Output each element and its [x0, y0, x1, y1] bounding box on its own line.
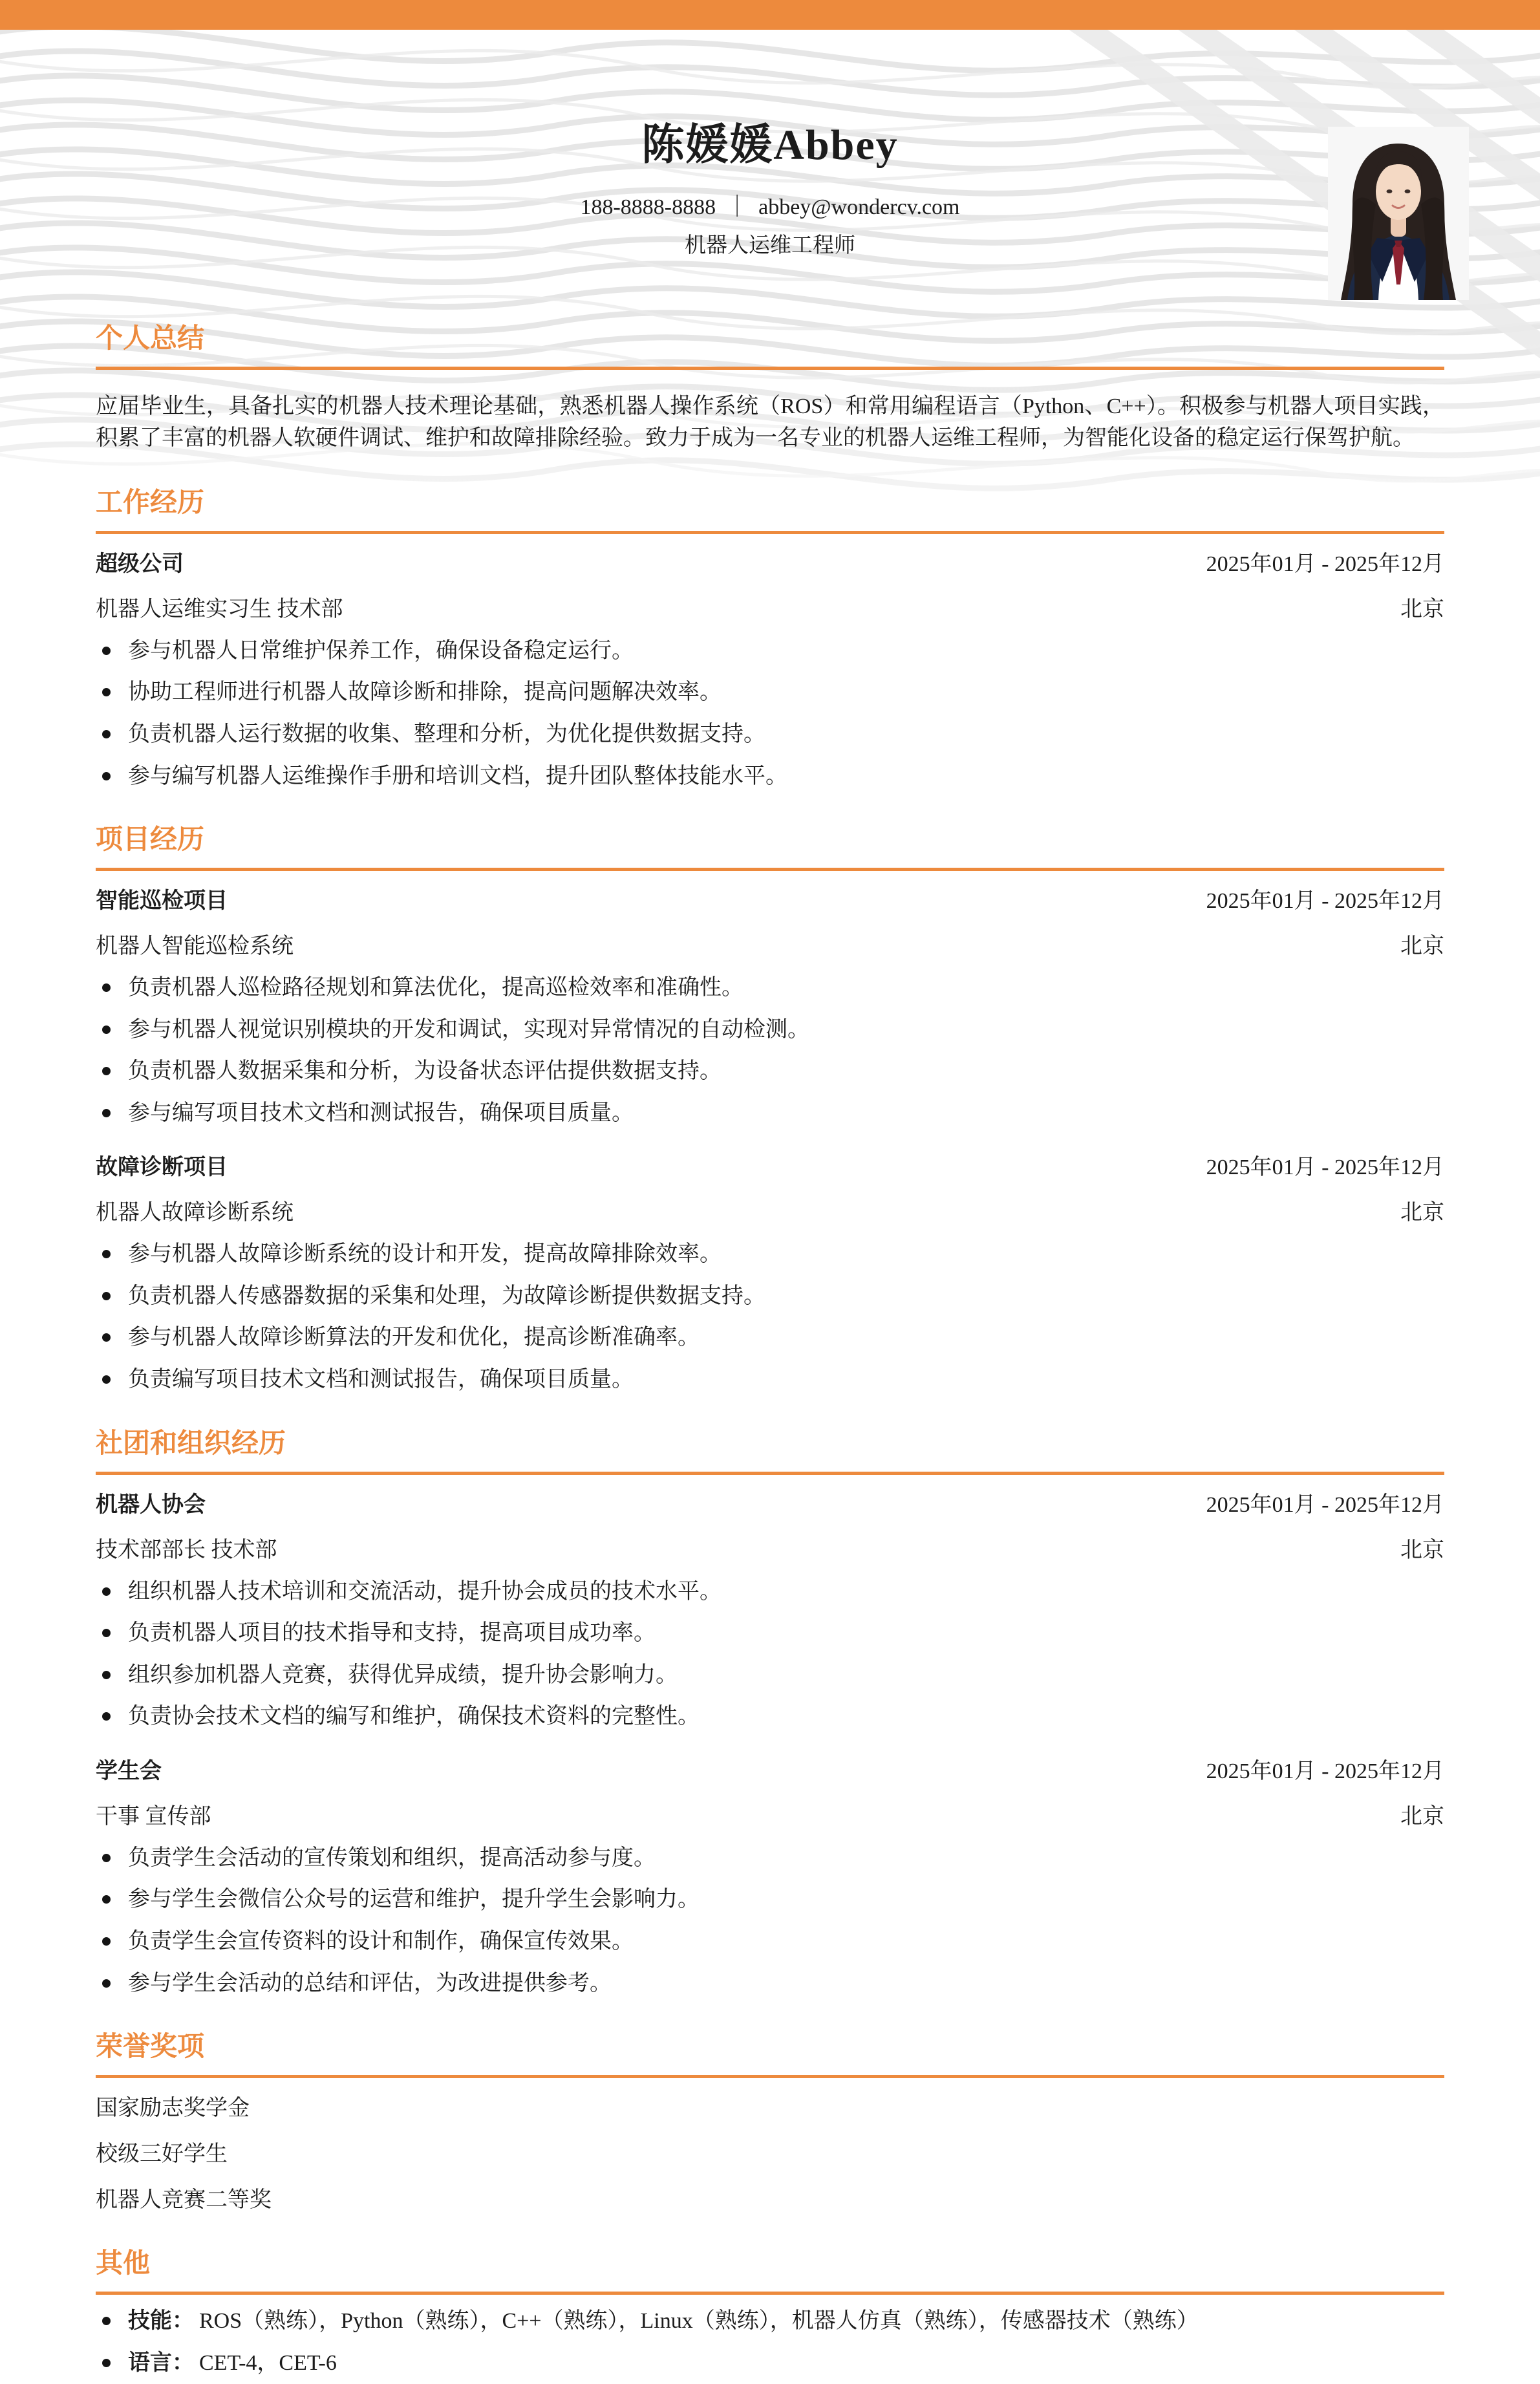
bullet-item: 参与机器人视觉识别模块的开发和调试，实现对异常情况的自动检测。 [96, 1015, 1444, 1046]
bullet-dot-icon [102, 1629, 111, 1637]
entry-subheader-row: 技术部部长 技术部 北京 [96, 1536, 1444, 1565]
entry-date: 2025年01月 - 2025年12月 [1206, 1153, 1444, 1183]
section-divider [96, 2075, 1444, 2078]
bullet-dot-icon [102, 1712, 111, 1721]
other-value: CET-4，CET-6 [199, 2351, 337, 2375]
entry-location: 北京 [1400, 1536, 1444, 1565]
work-entry: 超级公司 2025年01月 - 2025年12月 机器人运维实习生 技术部 北京… [96, 550, 1444, 791]
bullet-text: 参与编写机器人运维操作手册和培训文档，提升团队整体技能水平。 [128, 761, 787, 792]
bullet-text: 负责机器人传感器数据的采集和处理，为故障诊断提供数据支持。 [128, 1281, 765, 1312]
bullet-dot-icon [102, 688, 111, 696]
bullet-item: 组织机器人技术培训和交流活动，提升协会成员的技术水平。 [96, 1576, 1444, 1607]
bullet-dot-icon [102, 983, 111, 992]
section-projects: 项目经历 智能巡检项目 2025年01月 - 2025年12月 机器人智能巡检系… [96, 825, 1444, 1395]
phone-number: 188-8888-8888 [580, 195, 716, 219]
bullet-text: 协助工程师进行机器人故障诊断和排除，提高问题解决效率。 [128, 677, 722, 708]
entry-subheader-row: 机器人故障诊断系统 北京 [96, 1198, 1444, 1228]
bullet-text: 负责编写项目技术文档和测试报告，确保项目质量。 [128, 1364, 634, 1395]
honor-item: 机器人竞赛二等奖 [96, 2185, 1444, 2216]
bullet-text: 参与机器人日常维护保养工作，确保设备稳定运行。 [128, 636, 634, 667]
bullet-item: 负责机器人传感器数据的采集和处理，为故障诊断提供数据支持。 [96, 1281, 1444, 1312]
entry-subheader-row: 干事 宣传部 北京 [96, 1802, 1444, 1832]
bullet-dot-icon [102, 1333, 111, 1342]
entry-role: 技术部部长 技术部 [96, 1536, 277, 1565]
bullet-item: 技能：ROS（熟练），Python（熟练），C++（熟练），Linux（熟练），… [96, 2306, 1444, 2337]
entry-role: 机器人智能巡检系统 [96, 932, 294, 961]
entry-role: 机器人运维实习生 技术部 [96, 595, 343, 625]
bullet-item: 参与学生会活动的总结和评估，为改进提供参考。 [96, 1968, 1444, 1999]
profile-photo-illustration [1328, 127, 1469, 300]
other-text: 技能：ROS（熟练），Python（熟练），C++（熟练），Linux（熟练），… [128, 2306, 1199, 2337]
bullet-item: 负责学生会活动的宣传策划和组织，提高活动参与度。 [96, 1843, 1444, 1874]
resume-body: 个人总结 应届毕业生，具备扎实的机器人技术理论基础，熟悉机器人操作系统（ROS）… [0, 324, 1540, 2378]
job-title: 机器人运维工程师 [0, 235, 1540, 257]
email-address: abbey@wondercv.com [758, 195, 959, 219]
bullet-dot-icon [102, 1937, 111, 1946]
bullet-dot-icon [102, 647, 111, 655]
bullet-text: 负责机器人运行数据的收集、整理和分析，为优化提供数据支持。 [128, 719, 765, 750]
contact-line: 188-8888-8888｜abbey@wondercv.com [0, 197, 1540, 219]
bullet-dot-icon [102, 1109, 111, 1117]
entry-header-row: 故障诊断项目 2025年01月 - 2025年12月 [96, 1153, 1444, 1183]
club-entries: 机器人协会 2025年01月 - 2025年12月 技术部部长 技术部 北京 组… [96, 1490, 1444, 1999]
bullet-dot-icon [102, 1854, 111, 1862]
top-accent-bar [0, 0, 1540, 30]
bullet-item: 负责机器人巡检路径规划和算法优化，提高巡检效率和准确性。 [96, 972, 1444, 1004]
summary-text: 应届毕业生，具备扎实的机器人技术理论基础，熟悉机器人操作系统（ROS）和常用编程… [96, 391, 1444, 455]
bullet-item: 负责协会技术文档的编写和维护，确保技术资料的完整性。 [96, 1701, 1444, 1732]
entry-header-row: 智能巡检项目 2025年01月 - 2025年12月 [96, 886, 1444, 916]
honor-list: 国家励志奖学金 校级三好学生 机器人竞赛二等奖 [96, 2093, 1444, 2215]
bullet-dot-icon [102, 1250, 111, 1258]
section-clubs: 社团和组织经历 机器人协会 2025年01月 - 2025年12月 技术部部长 … [96, 1429, 1444, 1999]
bullet-dot-icon [102, 1026, 111, 1034]
entry-location: 北京 [1400, 1198, 1444, 1228]
section-title-projects: 项目经历 [96, 825, 1444, 855]
bullet-item: 负责机器人项目的技术指导和支持，提高项目成功率。 [96, 1618, 1444, 1649]
bullet-item: 参与机器人故障诊断算法的开发和优化，提高诊断准确率。 [96, 1322, 1444, 1353]
other-list: 技能：ROS（熟练），Python（熟练），C++（熟练），Linux（熟练），… [96, 2306, 1444, 2378]
entry-header-row: 机器人协会 2025年01月 - 2025年12月 [96, 1490, 1444, 1520]
bullet-item: 负责学生会宣传资料的设计和制作，确保宣传效果。 [96, 1926, 1444, 1957]
entry-location: 北京 [1400, 1802, 1444, 1832]
project-entry: 智能巡检项目 2025年01月 - 2025年12月 机器人智能巡检系统 北京 … [96, 886, 1444, 1128]
entry-location: 北京 [1400, 595, 1444, 625]
entry-date: 2025年01月 - 2025年12月 [1206, 886, 1444, 916]
section-other: 其他 技能：ROS（熟练），Python（熟练），C++（熟练），Linux（熟… [96, 2249, 1444, 2378]
bullet-dot-icon [102, 1375, 111, 1384]
section-summary: 个人总结 应届毕业生，具备扎实的机器人技术理论基础，熟悉机器人操作系统（ROS）… [96, 324, 1444, 455]
entry-date: 2025年01月 - 2025年12月 [1206, 1490, 1444, 1520]
section-divider [96, 531, 1444, 534]
bullet-dot-icon [102, 1895, 111, 1904]
bullet-item: 参与编写机器人运维操作手册和培训文档，提升团队整体技能水平。 [96, 761, 1444, 792]
bullet-text: 参与学生会微信公众号的运营和维护，提升学生会影响力。 [128, 1884, 700, 1915]
candidate-name: 陈媛媛Abbey [0, 124, 1540, 167]
work-entries: 超级公司 2025年01月 - 2025年12月 机器人运维实习生 技术部 北京… [96, 550, 1444, 791]
contact-separator: ｜ [726, 195, 748, 219]
bullet-item: 协助工程师进行机器人故障诊断和排除，提高问题解决效率。 [96, 677, 1444, 708]
section-divider [96, 1472, 1444, 1475]
section-title-work: 工作经历 [96, 488, 1444, 518]
honor-item: 国家励志奖学金 [96, 2093, 1444, 2124]
bullet-item: 组织参加机器人竞赛，获得优异成绩，提升协会影响力。 [96, 1660, 1444, 1691]
bullet-item: 参与学生会微信公众号的运营和维护，提升学生会影响力。 [96, 1884, 1444, 1915]
bullet-item: 负责机器人运行数据的收集、整理和分析，为优化提供数据支持。 [96, 719, 1444, 750]
bullet-text: 负责机器人巡检路径规划和算法优化，提高巡检效率和准确性。 [128, 972, 743, 1004]
other-label: 技能： [128, 2309, 194, 2333]
bullet-dot-icon [102, 1292, 111, 1300]
bullet-text: 组织参加机器人竞赛，获得优异成绩，提升协会影响力。 [128, 1660, 678, 1691]
bullet-item: 负责机器人数据采集和分析，为设备状态评估提供数据支持。 [96, 1056, 1444, 1087]
resume-header: 陈媛媛Abbey 188-8888-8888｜abbey@wondercv.co… [0, 30, 1540, 257]
bullet-text: 参与机器人故障诊断算法的开发和优化，提高诊断准确率。 [128, 1322, 700, 1353]
entry-org: 故障诊断项目 [96, 1153, 228, 1183]
other-label: 语言： [128, 2351, 194, 2375]
bullet-item: 负责编写项目技术文档和测试报告，确保项目质量。 [96, 1364, 1444, 1395]
bullet-dot-icon [102, 2317, 111, 2325]
bullet-dot-icon [102, 2359, 111, 2367]
entry-header-row: 学生会 2025年01月 - 2025年12月 [96, 1757, 1444, 1787]
section-title-honors: 荣誉奖项 [96, 2032, 1444, 2062]
bullet-text: 负责机器人数据采集和分析，为设备状态评估提供数据支持。 [128, 1056, 722, 1087]
entry-subheader-row: 机器人运维实习生 技术部 北京 [96, 595, 1444, 625]
section-divider [96, 868, 1444, 871]
entry-date: 2025年01月 - 2025年12月 [1206, 550, 1444, 579]
bullet-text: 负责机器人项目的技术指导和支持，提高项目成功率。 [128, 1618, 656, 1649]
bullet-text: 参与编写项目技术文档和测试报告，确保项目质量。 [128, 1098, 634, 1129]
bullet-text: 参与学生会活动的总结和评估，为改进提供参考。 [128, 1968, 612, 1999]
bullet-dot-icon [102, 1979, 111, 1988]
entry-role: 干事 宣传部 [96, 1802, 211, 1832]
bullet-item: 语言：CET-4，CET-6 [96, 2348, 1444, 2379]
bullet-dot-icon [102, 1067, 111, 1075]
section-work: 工作经历 超级公司 2025年01月 - 2025年12月 机器人运维实习生 技… [96, 488, 1444, 791]
bullet-dot-icon [102, 730, 111, 738]
bullet-dot-icon [102, 1671, 111, 1679]
honor-item: 校级三好学生 [96, 2139, 1444, 2170]
entry-org: 机器人协会 [96, 1490, 206, 1520]
section-honors: 荣誉奖项 国家励志奖学金 校级三好学生 机器人竞赛二等奖 [96, 2032, 1444, 2215]
entry-header-row: 超级公司 2025年01月 - 2025年12月 [96, 550, 1444, 579]
bullet-text: 负责协会技术文档的编写和维护，确保技术资料的完整性。 [128, 1701, 700, 1732]
section-divider [96, 2292, 1444, 2295]
section-title-other: 其他 [96, 2249, 1444, 2279]
bullet-text: 负责学生会宣传资料的设计和制作，确保宣传效果。 [128, 1926, 634, 1957]
bullet-item: 参与机器人故障诊断系统的设计和开发，提高故障排除效率。 [96, 1239, 1444, 1270]
bullet-item: 参与编写项目技术文档和测试报告，确保项目质量。 [96, 1098, 1444, 1129]
section-divider [96, 367, 1444, 370]
bullet-text: 参与机器人故障诊断系统的设计和开发，提高故障排除效率。 [128, 1239, 722, 1270]
bullet-text: 负责学生会活动的宣传策划和组织，提高活动参与度。 [128, 1843, 656, 1874]
bullet-dot-icon [102, 772, 111, 780]
other-value: ROS（熟练），Python（熟练），C++（熟练），Linux（熟练），机器人… [199, 2309, 1199, 2333]
club-entry: 学生会 2025年01月 - 2025年12月 干事 宣传部 北京 负责学生会活… [96, 1757, 1444, 1999]
entry-org: 超级公司 [96, 550, 184, 579]
entry-location: 北京 [1400, 932, 1444, 961]
entry-org: 智能巡检项目 [96, 886, 228, 916]
bullet-text: 参与机器人视觉识别模块的开发和调试，实现对异常情况的自动检测。 [128, 1015, 809, 1046]
club-entry: 机器人协会 2025年01月 - 2025年12月 技术部部长 技术部 北京 组… [96, 1490, 1444, 1732]
bullet-text: 组织机器人技术培训和交流活动，提升协会成员的技术水平。 [128, 1576, 722, 1607]
entry-org: 学生会 [96, 1757, 162, 1787]
section-title-clubs: 社团和组织经历 [96, 1429, 1444, 1459]
other-text: 语言：CET-4，CET-6 [128, 2348, 337, 2379]
bullet-dot-icon [102, 1587, 111, 1596]
bullet-item: 参与机器人日常维护保养工作，确保设备稳定运行。 [96, 636, 1444, 667]
project-entries: 智能巡检项目 2025年01月 - 2025年12月 机器人智能巡检系统 北京 … [96, 886, 1444, 1395]
entry-date: 2025年01月 - 2025年12月 [1206, 1757, 1444, 1787]
section-title-summary: 个人总结 [96, 324, 1444, 354]
entry-subheader-row: 机器人智能巡检系统 北京 [96, 932, 1444, 961]
project-entry: 故障诊断项目 2025年01月 - 2025年12月 机器人故障诊断系统 北京 … [96, 1153, 1444, 1395]
entry-role: 机器人故障诊断系统 [96, 1198, 294, 1228]
profile-photo [1328, 127, 1469, 300]
